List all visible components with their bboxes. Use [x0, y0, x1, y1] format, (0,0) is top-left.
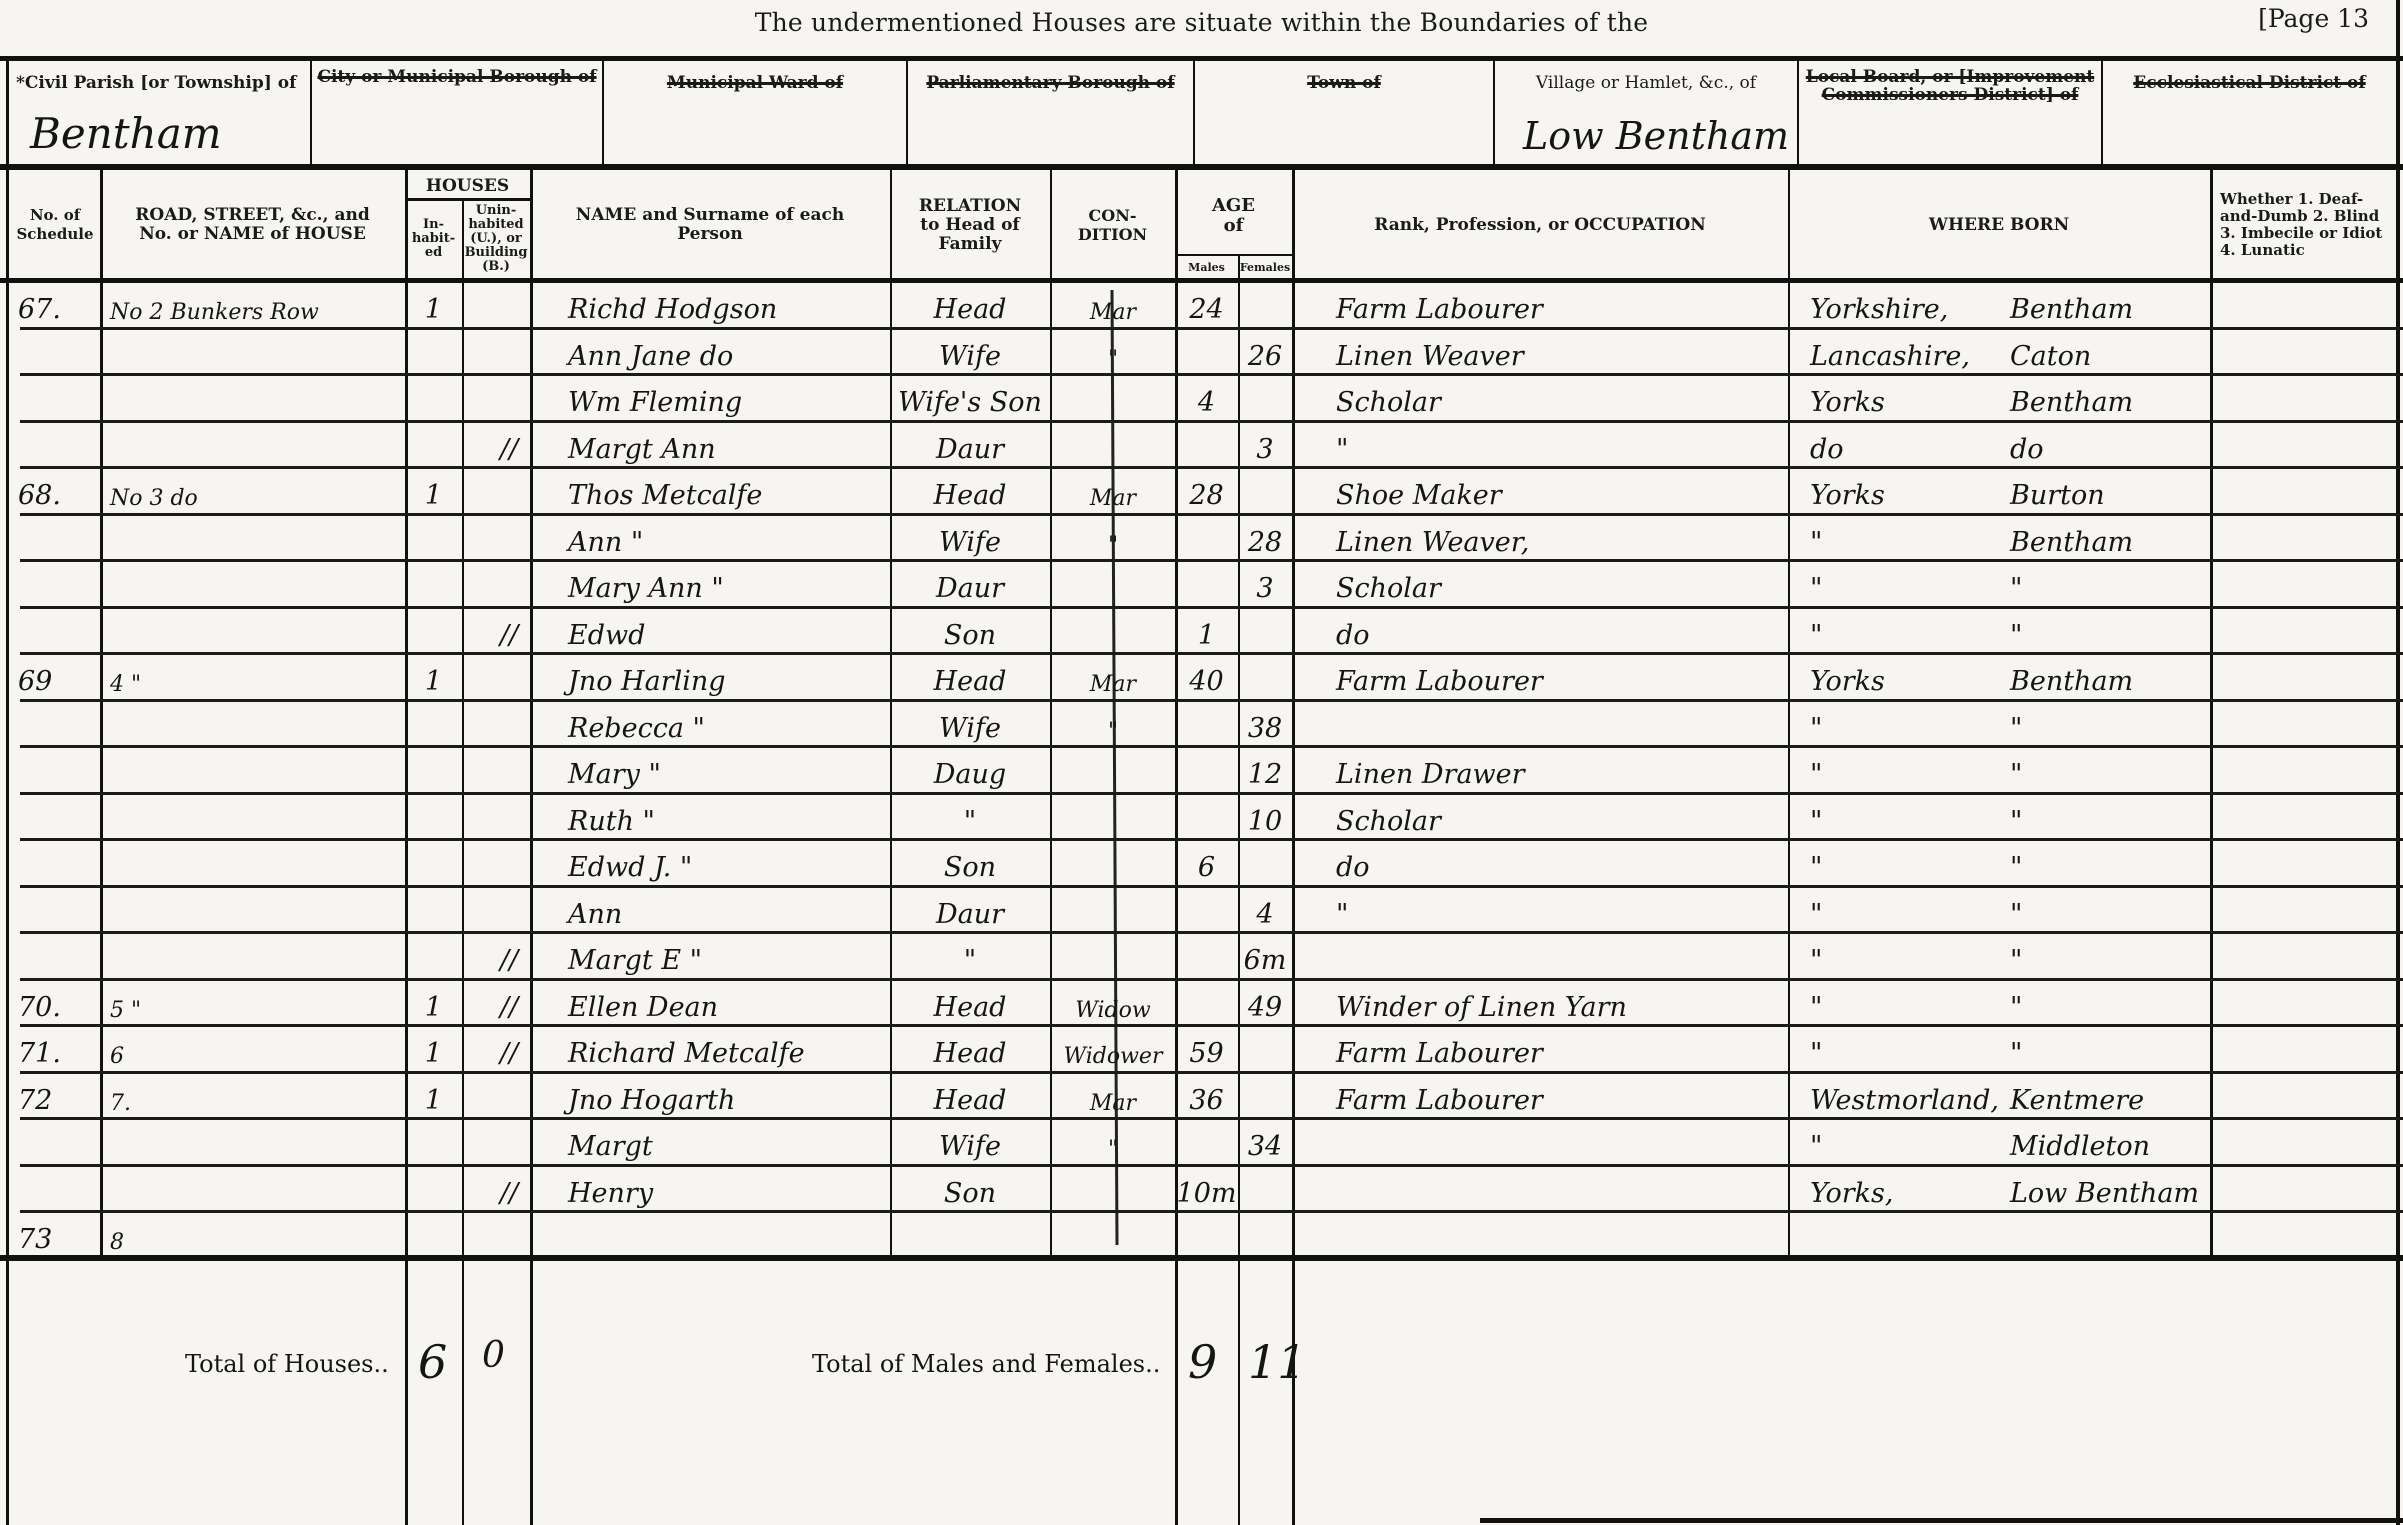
cell-born-county: " — [1790, 516, 2000, 562]
cell-male-age: 59 — [1175, 1027, 1238, 1073]
cell-name: Margt — [540, 1120, 885, 1166]
col-header-road: ROAD, STREET, &c., and No. or NAME of HO… — [100, 172, 405, 278]
cell-inhabited — [405, 795, 462, 841]
cell-occupation: Scholar — [1300, 562, 1780, 608]
cell-occupation: Farm Labourer — [1300, 283, 1780, 329]
cell-road — [110, 609, 400, 655]
cell-relation: Wife — [892, 1120, 1048, 1166]
cell-road: 7. — [110, 1074, 400, 1120]
parliamentary-borough-label: Parliamentary Borough of — [908, 74, 1193, 92]
cell-schedule — [18, 423, 100, 469]
cell-relation: Head — [892, 655, 1048, 701]
cell-born-county: Yorks, — [1790, 1167, 2000, 1213]
cell-male-age: 1 — [1175, 609, 1238, 655]
village-label: Village or Hamlet, &c., of — [1495, 74, 1797, 92]
cell-uninhabited — [462, 562, 530, 608]
cell-uninhabited — [462, 469, 530, 515]
cell-road — [110, 1167, 400, 1213]
cell-relation — [892, 1213, 1048, 1259]
cell-schedule: 72 — [18, 1074, 100, 1120]
cell-male-age — [1175, 702, 1238, 748]
cell-born-county: " — [1790, 748, 2000, 794]
cell-inhabited — [405, 330, 462, 376]
cell-condition: " — [1052, 516, 1174, 562]
cell-born-county: Yorks — [1790, 376, 2000, 422]
header-box-municipal-ward: Municipal Ward of — [604, 60, 906, 164]
cell-inhabited — [405, 1120, 462, 1166]
cell-condition — [1052, 888, 1174, 934]
cell-uninhabited — [462, 841, 530, 887]
cell-inhabited: 1 — [405, 981, 462, 1027]
municipal-borough-label-text: City or Municipal Borough of — [317, 67, 596, 87]
col-header-name: NAME and Surname of each Person — [530, 172, 890, 278]
ecclesiastical-district-label-text: Ecclesiastical District of — [2133, 73, 2365, 93]
page-bottom-rule — [1480, 1518, 2403, 1523]
cell-inhabited — [405, 562, 462, 608]
cell-born-county: " — [1790, 795, 2000, 841]
cell-road — [110, 702, 400, 748]
cell-born-place: " — [2000, 981, 2208, 1027]
cell-inhabited: 1 — [405, 469, 462, 515]
cell-schedule: 68. — [18, 469, 100, 515]
col-header-age: AGE of — [1175, 196, 1292, 236]
cell-schedule — [18, 562, 100, 608]
cell-relation: Wife — [892, 702, 1048, 748]
cell-relation: Son — [892, 609, 1048, 655]
municipal-ward-label: Municipal Ward of — [604, 74, 906, 92]
col-header-where-born: WHERE BORN — [1788, 172, 2210, 278]
cell-relation: Head — [892, 469, 1048, 515]
cell-inhabited — [405, 1213, 462, 1259]
cell-schedule — [18, 609, 100, 655]
cell-schedule: 70. — [18, 981, 100, 1027]
col-header-inhabited: In-habit-ed — [405, 200, 462, 278]
cell-name: Margt E " — [540, 934, 885, 980]
cell-name: Ann Jane do — [540, 330, 885, 376]
cell-born-county: Westmorland, — [1790, 1074, 2000, 1120]
cell-born-place: Burton — [2000, 469, 2208, 515]
cell-condition: " — [1052, 702, 1174, 748]
cell-born-county: Yorks — [1790, 655, 2000, 701]
cell-male-age: 36 — [1175, 1074, 1238, 1120]
cell-schedule: 67. — [18, 283, 100, 329]
cell-born-place: " — [2000, 702, 2208, 748]
cell-uninhabited — [462, 516, 530, 562]
cell-road: 8 — [110, 1213, 400, 1259]
cell-male-age: 28 — [1175, 469, 1238, 515]
cell-male-age: 6 — [1175, 841, 1238, 887]
cell-condition — [1052, 748, 1174, 794]
cell-occupation: Farm Labourer — [1300, 655, 1780, 701]
cell-uninhabited: // — [462, 981, 530, 1027]
cell-female-age — [1238, 469, 1292, 515]
cell-male-age — [1175, 1213, 1238, 1259]
header-box-civil-parish: *Civil Parish [or Township] of Bentham — [8, 60, 310, 164]
municipal-borough-label: City or Municipal Borough of — [312, 68, 602, 86]
cell-schedule — [18, 795, 100, 841]
cell-female-age: 10 — [1238, 795, 1292, 841]
cell-condition — [1052, 609, 1174, 655]
cell-road — [110, 841, 400, 887]
cell-road: No 3 do — [110, 469, 400, 515]
cell-schedule — [18, 330, 100, 376]
cell-occupation: " — [1300, 423, 1780, 469]
header-box-parliamentary-borough: Parliamentary Borough of — [908, 60, 1193, 164]
cell-born-place: " — [2000, 609, 2208, 655]
cell-born-place: " — [2000, 841, 2208, 887]
cell-born-county: " — [1790, 609, 2000, 655]
local-board-label-text: Local Board, or [Improvement Commissione… — [1806, 67, 2095, 105]
cell-uninhabited — [462, 330, 530, 376]
cell-born-place: " — [2000, 795, 2208, 841]
cell-inhabited — [405, 934, 462, 980]
col-header-females: Females — [1238, 256, 1292, 278]
cell-occupation: Farm Labourer — [1300, 1074, 1780, 1120]
cell-male-age: 40 — [1175, 655, 1238, 701]
cell-uninhabited — [462, 1213, 530, 1259]
cell-inhabited — [405, 376, 462, 422]
cell-inhabited — [405, 702, 462, 748]
cell-female-age — [1238, 609, 1292, 655]
cell-name — [540, 1213, 885, 1259]
cell-uninhabited — [462, 888, 530, 934]
cell-name: Richard Metcalfe — [540, 1027, 885, 1073]
cell-occupation: Winder of Linen Yarn — [1300, 981, 1780, 1027]
header-box-municipal-borough: City or Municipal Borough of — [312, 60, 602, 164]
cell-born-county: " — [1790, 981, 2000, 1027]
cell-name: Rebecca " — [540, 702, 885, 748]
cell-name: Ann " — [540, 516, 885, 562]
cell-name: Ellen Dean — [540, 981, 885, 1027]
cell-name: Edwd J. " — [540, 841, 885, 887]
cell-relation: Son — [892, 1167, 1048, 1213]
cell-born-place: Caton — [2000, 330, 2208, 376]
cell-uninhabited: // — [462, 609, 530, 655]
cell-uninhabited — [462, 376, 530, 422]
cell-condition: Widow — [1052, 981, 1174, 1027]
cell-occupation: do — [1300, 841, 1780, 887]
cell-relation: Head — [892, 981, 1048, 1027]
ecclesiastical-district-label: Ecclesiastical District of — [2103, 74, 2396, 92]
cell-schedule: 73 — [18, 1213, 100, 1259]
cell-condition: Mar — [1052, 283, 1174, 329]
cell-name: Ruth " — [540, 795, 885, 841]
cell-female-age: 34 — [1238, 1120, 1292, 1166]
cell-road: 5 " — [110, 981, 400, 1027]
cell-born-county — [1790, 1213, 2000, 1259]
cell-condition: Widower — [1052, 1027, 1174, 1073]
cell-born-place: Bentham — [2000, 516, 2208, 562]
total-persons-label: Total of Males and Females.. — [812, 1350, 1160, 1378]
cell-inhabited — [405, 423, 462, 469]
cell-occupation: Linen Weaver, — [1300, 516, 1780, 562]
cell-occupation — [1300, 934, 1780, 980]
cell-inhabited: 1 — [405, 283, 462, 329]
cell-relation: " — [892, 934, 1048, 980]
cell-occupation — [1300, 1213, 1780, 1259]
total-houses-uninhabited: 0 — [482, 1335, 505, 1376]
cell-female-age — [1238, 1167, 1292, 1213]
header-box-local-board: Local Board, or [Improvement Commissione… — [1799, 60, 2101, 164]
cell-schedule — [18, 748, 100, 794]
col-header-schedule: No. of Schedule — [10, 172, 100, 278]
cell-male-age — [1175, 934, 1238, 980]
col-header-condition: CON-DITION — [1050, 172, 1175, 278]
cell-inhabited — [405, 609, 462, 655]
town-label-text: Town of — [1307, 73, 1381, 93]
cell-schedule — [18, 841, 100, 887]
cell-male-age — [1175, 795, 1238, 841]
cell-inhabited: 1 — [405, 1074, 462, 1120]
cell-road: 4 " — [110, 655, 400, 701]
cell-born-place: Kentmere — [2000, 1074, 2208, 1120]
civil-parish-value: Bentham — [30, 109, 222, 158]
cell-name: Margt Ann — [540, 423, 885, 469]
village-value: Low Bentham — [1523, 114, 1789, 158]
cell-uninhabited — [462, 795, 530, 841]
cell-female-age — [1238, 376, 1292, 422]
cell-name: Henry — [540, 1167, 885, 1213]
cell-female-age: 4 — [1238, 888, 1292, 934]
cell-male-age — [1175, 330, 1238, 376]
cell-schedule: 71. — [18, 1027, 100, 1073]
cell-uninhabited: // — [462, 934, 530, 980]
cell-condition — [1052, 423, 1174, 469]
cell-relation: Daur — [892, 562, 1048, 608]
cell-female-age: 6m — [1238, 934, 1292, 980]
cell-born-county: " — [1790, 702, 2000, 748]
cell-occupation: do — [1300, 609, 1780, 655]
cell-male-age — [1175, 981, 1238, 1027]
cell-female-age: 12 — [1238, 748, 1292, 794]
cell-relation: Daug — [892, 748, 1048, 794]
cell-male-age — [1175, 1120, 1238, 1166]
cell-name: Edwd — [540, 609, 885, 655]
cell-name: Ann — [540, 888, 885, 934]
cell-female-age: 28 — [1238, 516, 1292, 562]
total-males: 9 — [1188, 1335, 1217, 1389]
cell-born-place: Low Bentham — [2000, 1167, 2208, 1213]
cell-female-age — [1238, 1027, 1292, 1073]
cell-male-age: 24 — [1175, 283, 1238, 329]
cell-female-age — [1238, 841, 1292, 887]
cell-road — [110, 330, 400, 376]
cell-born-place: Middleton — [2000, 1120, 2208, 1166]
cell-road: 6 — [110, 1027, 400, 1073]
header-bottom-rule — [0, 164, 2403, 170]
col-rule — [2210, 170, 2213, 1255]
header-box-town: Town of — [1195, 60, 1493, 164]
cell-relation: Head — [892, 1027, 1048, 1073]
cell-road — [110, 748, 400, 794]
page-title: The undermentioned Houses are situate wi… — [0, 8, 2403, 37]
cell-inhabited: 1 — [405, 655, 462, 701]
cell-schedule — [18, 1120, 100, 1166]
cell-born-place: " — [2000, 1027, 2208, 1073]
cell-male-age — [1175, 562, 1238, 608]
cell-occupation: " — [1300, 888, 1780, 934]
cell-schedule — [18, 934, 100, 980]
cell-born-place: " — [2000, 748, 2208, 794]
cell-condition — [1052, 841, 1174, 887]
cell-female-age: 3 — [1238, 423, 1292, 469]
cell-male-age — [1175, 423, 1238, 469]
header-box-village: Village or Hamlet, &c., of Low Bentham — [1495, 60, 1797, 164]
cell-name: Wm Fleming — [540, 376, 885, 422]
cell-born-county: Yorks — [1790, 469, 2000, 515]
cell-relation: Wife — [892, 516, 1048, 562]
cell-born-place: Bentham — [2000, 655, 2208, 701]
cell-condition: Mar — [1052, 655, 1174, 701]
cell-road — [110, 888, 400, 934]
cell-occupation: Linen Drawer — [1300, 748, 1780, 794]
page-number: [Page 13 — [2258, 4, 2369, 33]
cell-uninhabited — [462, 1120, 530, 1166]
cell-name: Thos Metcalfe — [540, 469, 885, 515]
cell-male-age: 10m — [1175, 1167, 1238, 1213]
cell-male-age — [1175, 516, 1238, 562]
cell-condition: Mar — [1052, 1074, 1174, 1120]
cell-born-place — [2000, 1213, 2208, 1259]
cell-female-age: 3 — [1238, 562, 1292, 608]
cell-inhabited — [405, 1167, 462, 1213]
cell-schedule — [18, 376, 100, 422]
cell-inhabited: 1 — [405, 1027, 462, 1073]
cell-condition — [1052, 562, 1174, 608]
cell-born-county: Yorkshire, — [1790, 283, 2000, 329]
col-header-infirmity: Whether 1. Deaf-and-Dumb 2. Blind 3. Imb… — [2212, 172, 2396, 278]
cell-born-county: " — [1790, 841, 2000, 887]
cell-road — [110, 934, 400, 980]
cell-schedule — [18, 888, 100, 934]
col-rule — [100, 170, 103, 1255]
cell-occupation: Farm Labourer — [1300, 1027, 1780, 1073]
cell-inhabited — [405, 888, 462, 934]
cell-occupation — [1300, 1120, 1780, 1166]
local-board-label: Local Board, or [Improvement Commissione… — [1799, 68, 2101, 104]
cell-road — [110, 562, 400, 608]
cell-male-age — [1175, 888, 1238, 934]
col-header-houses: HOUSES — [405, 176, 530, 196]
parliamentary-borough-label-text: Parliamentary Borough of — [926, 73, 1174, 93]
cell-condition — [1052, 1213, 1174, 1259]
cell-uninhabited — [462, 655, 530, 701]
cell-born-place: do — [2000, 423, 2208, 469]
cell-inhabited — [405, 748, 462, 794]
cell-uninhabited: // — [462, 1167, 530, 1213]
total-females: 11 — [1248, 1335, 1307, 1389]
cell-female-age: 49 — [1238, 981, 1292, 1027]
cell-name: Richd Hodgson — [540, 283, 885, 329]
cell-condition — [1052, 795, 1174, 841]
cell-born-county: do — [1790, 423, 2000, 469]
cell-road — [110, 516, 400, 562]
cell-born-county: " — [1790, 562, 2000, 608]
col-header-relation: RELATION to Head of Family — [890, 172, 1050, 278]
cell-born-county: " — [1790, 888, 2000, 934]
cell-inhabited — [405, 516, 462, 562]
cell-female-age: 38 — [1238, 702, 1292, 748]
cell-uninhabited — [462, 702, 530, 748]
cell-born-county: Lancashire, — [1790, 330, 2000, 376]
municipal-ward-label-text: Municipal Ward of — [667, 73, 843, 93]
cell-name: Mary Ann " — [540, 562, 885, 608]
cell-born-county: " — [1790, 1027, 2000, 1073]
cell-schedule — [18, 702, 100, 748]
col-header-occupation: Rank, Profession, or OCCUPATION — [1292, 172, 1788, 278]
cell-born-county: " — [1790, 934, 2000, 980]
cell-female-age — [1238, 655, 1292, 701]
cell-condition: " — [1052, 1120, 1174, 1166]
cell-relation: Head — [892, 1074, 1048, 1120]
cell-born-place: " — [2000, 888, 2208, 934]
cell-born-county: " — [1790, 1120, 2000, 1166]
cell-road — [110, 1120, 400, 1166]
cell-condition — [1052, 376, 1174, 422]
cell-name: Jno Harling — [540, 655, 885, 701]
cell-uninhabited — [462, 283, 530, 329]
cell-relation: Wife's Son — [892, 376, 1048, 422]
cell-name: Jno Hogarth — [540, 1074, 885, 1120]
cell-relation: Head — [892, 283, 1048, 329]
cell-condition: Mar — [1052, 469, 1174, 515]
cell-road: No 2 Bunkers Row — [110, 283, 400, 329]
page-right-border — [2396, 0, 2400, 1525]
cell-occupation: Scholar — [1300, 795, 1780, 841]
cell-name: Mary " — [540, 748, 885, 794]
cell-condition — [1052, 1167, 1174, 1213]
cell-occupation: Shoe Maker — [1300, 469, 1780, 515]
cell-schedule: 69 — [18, 655, 100, 701]
cell-occupation: Scholar — [1300, 376, 1780, 422]
cell-uninhabited — [462, 748, 530, 794]
cell-born-place: Bentham — [2000, 376, 2208, 422]
cell-female-age — [1238, 1074, 1292, 1120]
cell-relation: Daur — [892, 423, 1048, 469]
cell-condition — [1052, 934, 1174, 980]
cell-schedule — [18, 516, 100, 562]
cell-uninhabited: // — [462, 1027, 530, 1073]
cell-relation: Wife — [892, 330, 1048, 376]
cell-born-place: Bentham — [2000, 283, 2208, 329]
cell-relation: Son — [892, 841, 1048, 887]
cell-schedule — [18, 1167, 100, 1213]
cell-road — [110, 376, 400, 422]
cell-born-place: " — [2000, 934, 2208, 980]
col-header-males: Males — [1175, 256, 1238, 278]
cell-condition: " — [1052, 330, 1174, 376]
cell-female-age — [1238, 283, 1292, 329]
cell-male-age: 4 — [1175, 376, 1238, 422]
page-left-border — [6, 56, 9, 1525]
totals-top-rule — [0, 1255, 2403, 1261]
cell-road — [110, 795, 400, 841]
total-houses-label: Total of Houses.. — [185, 1350, 389, 1378]
col-header-uninhabited: Unin-habited (U.), or Building (B.) — [462, 200, 530, 278]
cell-female-age: 26 — [1238, 330, 1292, 376]
cell-relation: Daur — [892, 888, 1048, 934]
total-houses-inhabited: 6 — [418, 1335, 447, 1389]
cell-inhabited — [405, 841, 462, 887]
cell-female-age — [1238, 1213, 1292, 1259]
cell-road — [110, 423, 400, 469]
cell-occupation — [1300, 702, 1780, 748]
cell-male-age — [1175, 748, 1238, 794]
civil-parish-label: *Civil Parish [or Township] of — [16, 74, 310, 92]
header-box-ecclesiastical-district: Ecclesiastical District of — [2103, 60, 2396, 164]
cell-born-place: " — [2000, 562, 2208, 608]
cell-uninhabited: // — [462, 423, 530, 469]
